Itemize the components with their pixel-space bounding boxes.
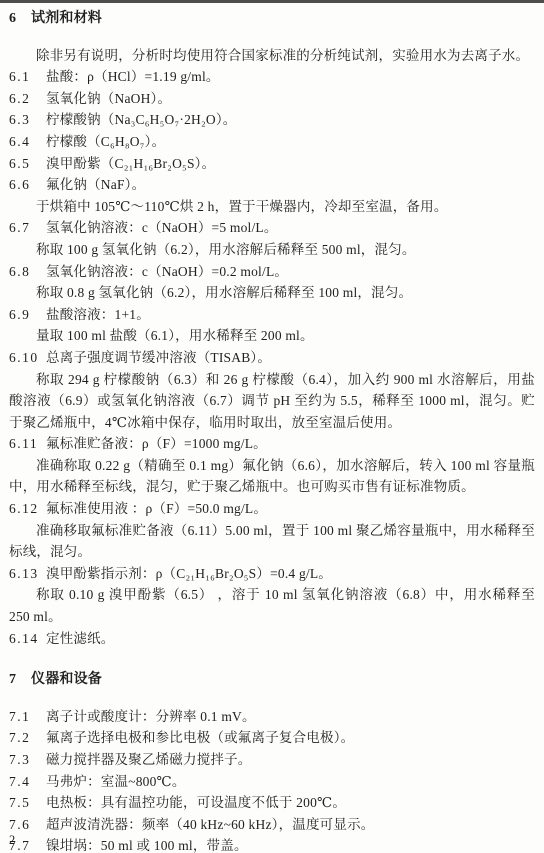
clause-text: 氢氧化钠溶液：c（NaOH）=5 mol/L。 <box>46 217 278 239</box>
clause-number: 6.2 <box>9 88 46 110</box>
clause-text: 氟标准贮备液：ρ（F）=1000 mg/L。 <box>46 433 267 455</box>
clause-number: 6.7 <box>9 217 46 239</box>
paragraph: 称取 0.10 g 溴甲酚紫（6.5） ，溶于 10 ml 氢氧化钠溶液（6.8… <box>9 584 535 627</box>
clause-item: 6.9盐酸溶液：1+1。 <box>9 304 535 326</box>
clause-item: 6.5溴甲酚紫（C₂₁H₁₆Br₂O₅S）。 <box>9 153 535 175</box>
section-number: 7 <box>9 669 31 691</box>
clause-number: 6.8 <box>9 261 46 283</box>
clause-item: 6.7氢氧化钠溶液：c（NaOH）=5 mol/L。 <box>9 217 535 239</box>
clause-text: 氢氧化钠溶液：c（NaOH）=0.2 mol/L。 <box>46 261 288 283</box>
section-heading: 6试剂和材料 <box>9 8 535 30</box>
section-heading: 7仪器和设备 <box>9 669 535 691</box>
clause-number: 7.5 <box>9 792 46 814</box>
clause-number: 6.14 <box>9 628 46 650</box>
clause-item: 6.6氟化钠（NaF）。 <box>9 174 535 196</box>
paragraph: 除非另有说明，分析时均使用符合国家标准的分析纯试剂，实验用水为去离子水。 <box>9 45 535 67</box>
clause-item: 7.7镍坩埚：50 ml 或 100 ml，带盖。 <box>9 835 535 853</box>
clause-text: 氟化钠（NaF）。 <box>46 174 145 196</box>
clause-item: 6.3柠檬酸钠（Na₃C₆H₅O₇·2H₂O）。 <box>9 109 535 131</box>
clause-text: 离子计或酸度计：分辨率 0.1 mV。 <box>46 706 256 728</box>
clause-item: 7.3磁力搅拌器及聚乙烯磁力搅拌子。 <box>9 749 535 771</box>
clause-number: 6.13 <box>9 563 46 585</box>
paragraph: 准确移取氟标准贮备液（6.11）5.00 ml，置于 100 ml 聚乙烯容量瓶… <box>9 520 535 563</box>
clause-item: 6.11氟标准贮备液：ρ（F）=1000 mg/L。 <box>9 433 535 455</box>
clause-item: 6.1盐酸：ρ（HCl）=1.19 g/ml。 <box>9 66 535 88</box>
clause-text: 氟离子选择电极和参比电极（或氟离子复合电极）。 <box>46 727 354 749</box>
clause-item: 6.8氢氧化钠溶液：c（NaOH）=0.2 mol/L。 <box>9 261 535 283</box>
clause-text: 电热板：具有温控功能，可设温度不低于 200℃。 <box>46 792 346 814</box>
clause-item: 6.13溴甲酚紫指示剂：ρ（C₂₁H₁₆Br₂O₅S）=0.4 g/L。 <box>9 563 535 585</box>
clause-number: 6.1 <box>9 66 46 88</box>
clause-item: 6.2氢氧化钠（NaOH）。 <box>9 88 535 110</box>
clause-text: 柠檬酸钠（Na₃C₆H₅O₇·2H₂O）。 <box>46 109 236 131</box>
clause-item: 7.1离子计或酸度计：分辨率 0.1 mV。 <box>9 706 535 728</box>
clause-text: 马弗炉：室温~800℃。 <box>46 771 186 793</box>
clause-number: 6.12 <box>9 498 46 520</box>
clause-text: 镍坩埚：50 ml 或 100 ml，带盖。 <box>46 835 248 853</box>
clause-text: 磁力搅拌器及聚乙烯磁力搅拌子。 <box>46 749 252 771</box>
clause-number: 7.4 <box>9 771 46 793</box>
clause-text: 氢氧化钠（NaOH）。 <box>46 88 171 110</box>
clause-text: 溴甲酚紫（C₂₁H₁₆Br₂O₅S）。 <box>46 153 215 175</box>
clause-number: 7.1 <box>9 706 46 728</box>
paragraph: 称取 100 g 氢氧化钠（6.2），用水溶解后稀释至 500 ml，混匀。 <box>9 239 535 261</box>
clause-item: 7.2氟离子选择电极和参比电极（或氟离子复合电极）。 <box>9 727 535 749</box>
paragraph: 称取 294 g 柠檬酸钠（6.3）和 26 g 柠檬酸（6.4），加入约 90… <box>9 369 535 434</box>
clause-number: 6.5 <box>9 153 46 175</box>
clause-number: 6.3 <box>9 109 46 131</box>
scan-edge-line <box>0 0 544 3</box>
clause-text: 盐酸：ρ（HCl）=1.19 g/ml。 <box>46 66 220 88</box>
paragraph: 量取 100 ml 盐酸（6.1），用水稀释至 200 ml。 <box>9 325 535 347</box>
document-body: 6试剂和材料除非另有说明，分析时均使用符合国家标准的分析纯试剂，实验用水为去离子… <box>9 8 535 853</box>
clause-text: 溴甲酚紫指示剂：ρ（C₂₁H₁₆Br₂O₅S）=0.4 g/L。 <box>46 563 332 585</box>
clause-text: 定性滤纸。 <box>46 628 115 650</box>
clause-number: 6.11 <box>9 433 46 455</box>
section-title: 试剂和材料 <box>31 11 102 26</box>
clause-text: 总离子强度调节缓冲溶液（TISAB）。 <box>46 347 271 369</box>
clause-item: 6.4柠檬酸（C₆H₈O₇）。 <box>9 131 535 153</box>
clause-text: 超声波清洗器：频率（40 kHz~60 kHz），温度可显示。 <box>46 814 375 836</box>
page-number: 2 <box>9 833 15 847</box>
clause-number: 6.4 <box>9 131 46 153</box>
clause-number: 6.10 <box>9 347 46 369</box>
clause-item: 7.6超声波清洗器：频率（40 kHz~60 kHz），温度可显示。 <box>9 814 535 836</box>
clause-item: 7.5电热板：具有温控功能，可设温度不低于 200℃。 <box>9 792 535 814</box>
clause-item: 6.14定性滤纸。 <box>9 628 535 650</box>
clause-text: 氟标准使用液 ：ρ（F）=50.0 mg/L。 <box>46 498 267 520</box>
paragraph: 准确称取 0.22 g（精确至 0.1 mg）氟化钠（6.6），加水溶解后，转入… <box>9 455 535 498</box>
clause-number: 6.9 <box>9 304 46 326</box>
paragraph: 称取 0.8 g 氢氧化钠（6.2），用水溶解后稀释至 100 ml，混匀。 <box>9 282 535 304</box>
clause-number: 7.2 <box>9 727 46 749</box>
document-page: 6试剂和材料除非另有说明，分析时均使用符合国家标准的分析纯试剂，实验用水为去离子… <box>0 0 544 853</box>
clause-number: 7.3 <box>9 749 46 771</box>
clause-number: 6.6 <box>9 174 46 196</box>
clause-text: 盐酸溶液：1+1。 <box>46 304 150 326</box>
clause-item: 6.12氟标准使用液 ：ρ（F）=50.0 mg/L。 <box>9 498 535 520</box>
paragraph: 于烘箱中 105℃～110℃烘 2 h，置于干燥器内，冷却至室温，备用。 <box>9 196 535 218</box>
clause-text: 柠檬酸（C₆H₈O₇）。 <box>46 131 165 153</box>
clause-item: 6.10总离子强度调节缓冲溶液（TISAB）。 <box>9 347 535 369</box>
section-title: 仪器和设备 <box>31 672 102 687</box>
clause-item: 7.4马弗炉：室温~800℃。 <box>9 771 535 793</box>
section-number: 6 <box>9 8 31 30</box>
